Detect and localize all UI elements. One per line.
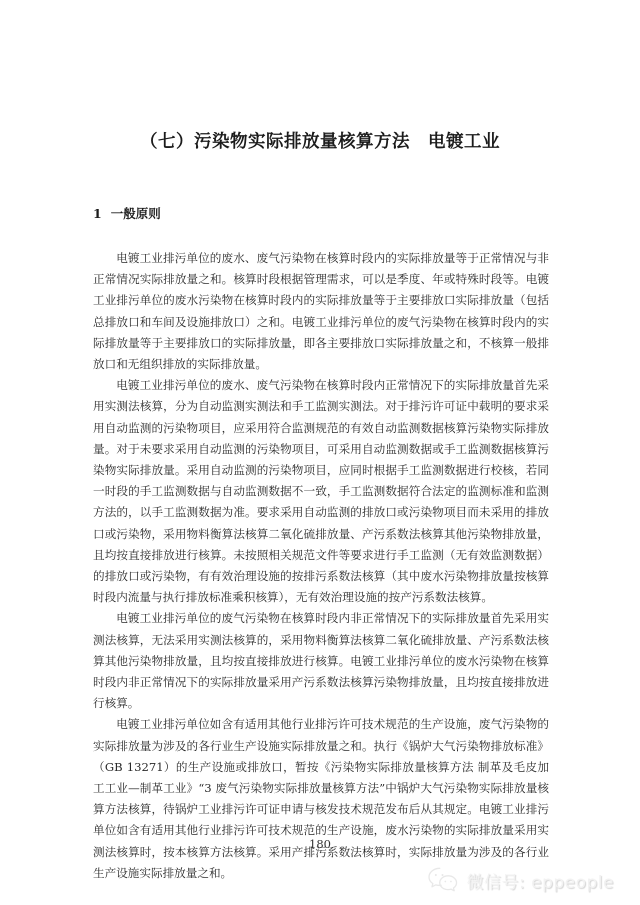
section-label: 一般原则 (111, 206, 161, 221)
document-body: 电镀工业排污单位的废水、废气污染物在核算时段内的实际排放量等于正常情况与非正常情… (93, 248, 549, 884)
document-title: （七）污染物实际排放量核算方法 电镀工业 (0, 128, 640, 153)
paragraph-4: 电镀工业排污单位如含有适用其他行业排污许可技术规范的生产设施，废气污染物的实际排… (93, 714, 549, 884)
document-page: （七）污染物实际排放量核算方法 电镀工业 1一般原则 电镀工业排污单位的废水、废… (0, 0, 640, 905)
wechat-icon (427, 866, 459, 894)
section-number: 1 (93, 206, 102, 221)
paragraph-1: 电镀工业排污单位的废水、废气污染物在核算时段内的实际排放量等于正常情况与非正常情… (93, 248, 549, 375)
watermark: 微信号: eppeople (427, 866, 614, 894)
page-number: 180 (0, 837, 640, 851)
paragraph-3: 电镀工业排污单位的废气污染物在核算时段内非正常情况下的实际排放量首先采用实测法核… (93, 608, 549, 714)
paragraph-2: 电镀工业排污单位的废水、废气污染物在核算时段内正常情况下的实际排放量首先采用实测… (93, 375, 549, 608)
section-heading: 1一般原则 (93, 204, 161, 222)
watermark-label: 微信号: eppeople (466, 868, 614, 893)
